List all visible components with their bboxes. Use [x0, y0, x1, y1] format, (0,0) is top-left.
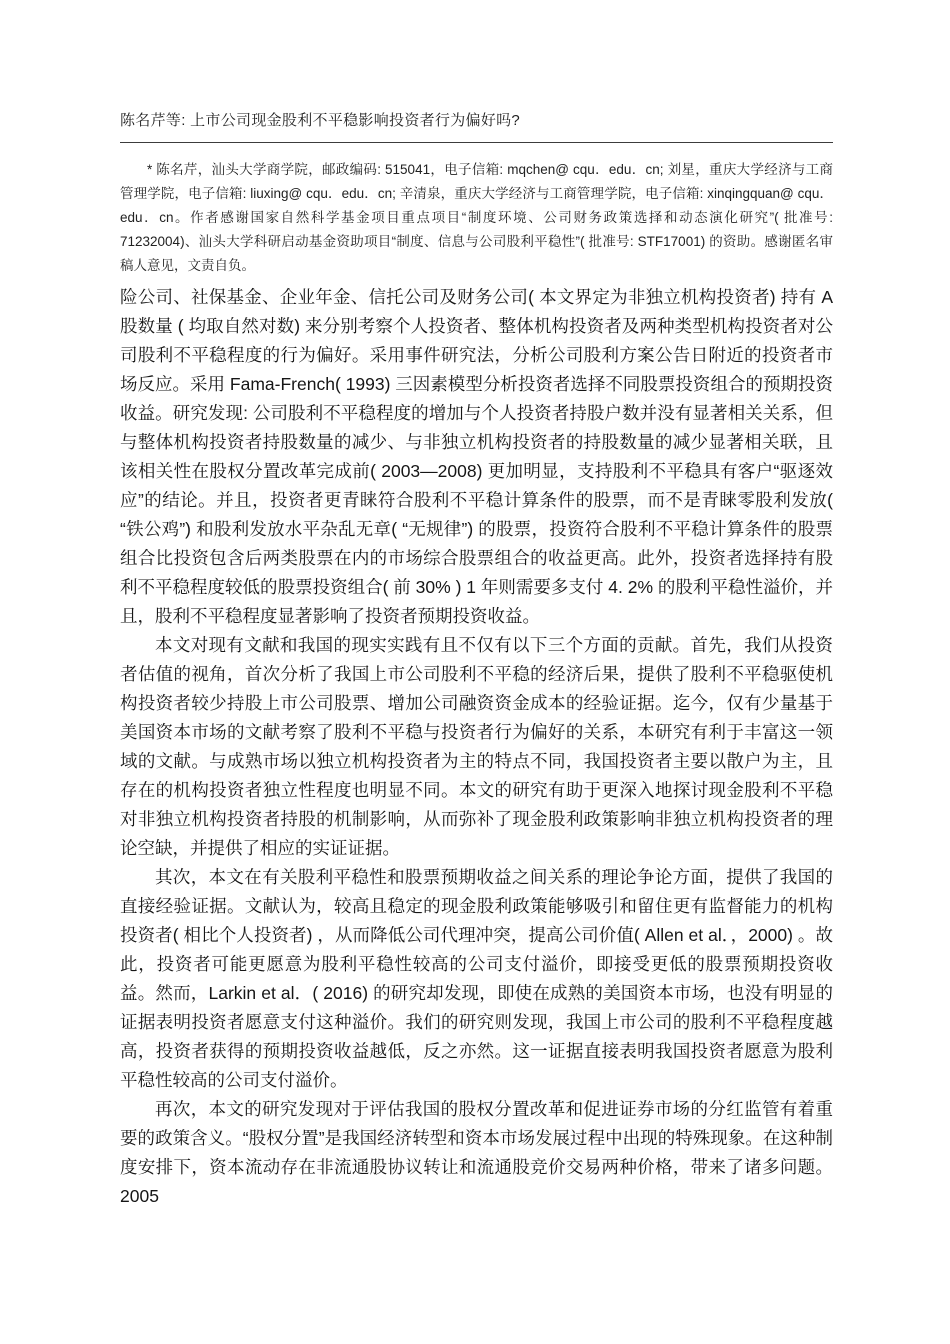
footnote-block: * 陈名芹，汕头大学商学院，邮政编码: 515041，电子信箱: mqchen@… — [120, 158, 833, 278]
running-head: 陈名芹等: 上市公司现金股利不平稳影响投资者行为偏好吗? — [120, 110, 833, 132]
paragraph-contribution-first: 本文对现有文献和我国的现实实践有且不仅有以下三个方面的贡献。首先，我们从投资者估… — [120, 631, 833, 863]
paragraph-contribution-third: 再次，本文的研究发现对于评估我国的股权分置改革和促进证券市场的分红监管有着重要的… — [120, 1095, 833, 1211]
footnote-text: * 陈名芹，汕头大学商学院，邮政编码: 515041，电子信箱: mqchen@… — [120, 158, 833, 278]
body-text: 险公司、社保基金、企业年金、信托公司及财务公司( 本文界定为非独立机构投资者) … — [120, 283, 833, 1211]
header-divider — [120, 142, 833, 143]
paragraph-abstract-continuation: 险公司、社保基金、企业年金、信托公司及财务公司( 本文界定为非独立机构投资者) … — [120, 283, 833, 631]
paper-page: 陈名芹等: 上市公司现金股利不平稳影响投资者行为偏好吗? * 陈名芹，汕头大学商… — [0, 0, 950, 1344]
paragraph-contribution-second: 其次，本文在有关股利平稳性和股票预期收益之间关系的理论争论方面，提供了我国的直接… — [120, 863, 833, 1095]
